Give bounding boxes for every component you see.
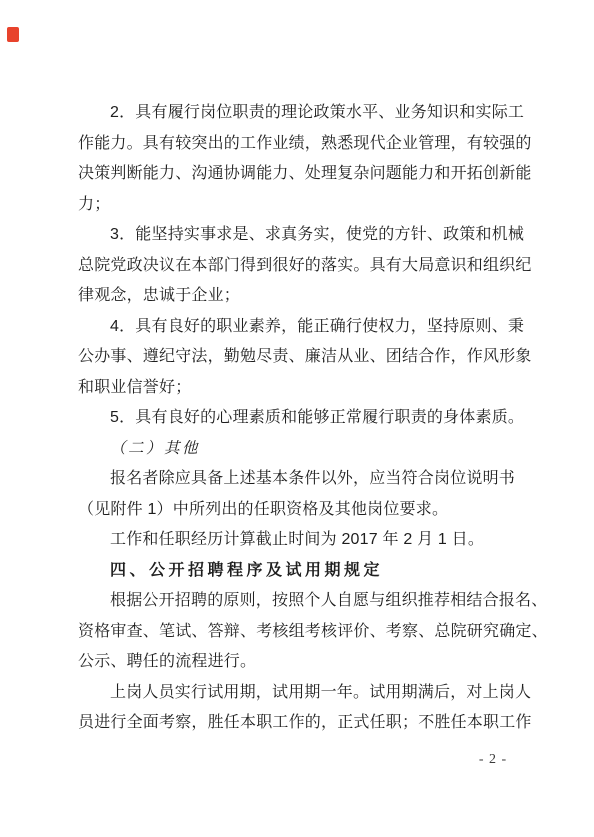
text-line: 律观念，忠诚于企业； [78, 281, 530, 312]
paragraph: 工作和任职经历计算截止时间为 2017 年 2 月 1 日。 [78, 525, 530, 556]
paragraph: 5．具有良好的心理素质和能够正常履行职责的身体素质。 [78, 403, 530, 434]
text-line: （见附件 1）中所列出的任职资格及其他岗位要求。 [78, 495, 530, 526]
text-line: 上岗人员实行试用期，试用期一年。试用期满后，对上岗人 [78, 678, 530, 709]
text-line: 3．能坚持实事求是、求真务实，使党的方针、政策和机械 [78, 220, 530, 251]
text-line: 工作和任职经历计算截止时间为 2017 年 2 月 1 日。 [78, 525, 530, 556]
text-line: 公办事、遵纪守法，勤勉尽责、廉洁从业、团结合作，作风形象 [78, 342, 530, 373]
text-line: 报名者除应具备上述基本条件以外，应当符合岗位说明书 [78, 464, 530, 495]
paragraph: 报名者除应具备上述基本条件以外，应当符合岗位说明书 （见附件 1）中所列出的任职… [78, 464, 530, 525]
paragraph: 根据公开招聘的原则，按照个人自愿与组织推荐相结合报名、 资格审查、笔试、答辩、考… [78, 586, 530, 678]
paragraph: 3．能坚持实事求是、求真务实，使党的方针、政策和机械 总院党政决议在本部门得到很… [78, 220, 530, 312]
text-line: 2．具有履行岗位职责的理论政策水平、业务知识和实际工 [78, 98, 530, 129]
page-number: - 2 - [463, 752, 523, 768]
paragraph: 4．具有良好的职业素养，能正确行使权力，坚持原则、秉 公办事、遵纪守法，勤勉尽责… [78, 312, 530, 404]
paragraph: 2．具有履行岗位职责的理论政策水平、业务知识和实际工 作能力。具有较突出的工作业… [78, 98, 530, 220]
document-text-block: 2．具有履行岗位职责的理论政策水平、业务知识和实际工 作能力。具有较突出的工作业… [78, 98, 530, 739]
text-line: 决策判断能力、沟通协调能力、处理复杂问题能力和开拓创新能 [78, 159, 530, 190]
paragraph: 上岗人员实行试用期，试用期一年。试用期满后，对上岗人 员进行全面考察，胜任本职工… [78, 678, 530, 739]
text-line: 力； [78, 190, 530, 221]
text-line: 总院党政决议在本部门得到很好的落实。具有大局意识和组织纪 [78, 251, 530, 282]
subsection-label: （二）其他 [78, 434, 530, 465]
text-line: 资格审查、笔试、答辩、考核组考核评价、考察、总院研究确定、 [78, 617, 530, 648]
text-line: 员进行全面考察，胜任本职工作的，正式任职；不胜任本职工作 [78, 708, 530, 739]
paragraph: 四、公开招聘程序及试用期规定 [78, 556, 530, 587]
text-line: 公示、聘任的流程进行。 [78, 647, 530, 678]
text-line: 和职业信誉好； [78, 373, 530, 404]
text-line: 根据公开招聘的原则，按照个人自愿与组织推荐相结合报名、 [78, 586, 530, 617]
red-mark [7, 27, 19, 42]
section-heading: 四、公开招聘程序及试用期规定 [78, 556, 530, 587]
text-line: 5．具有良好的心理素质和能够正常履行职责的身体素质。 [78, 403, 530, 434]
text-line: 作能力。具有较突出的工作业绩，熟悉现代企业管理，有较强的 [78, 129, 530, 160]
text-line: 4．具有良好的职业素养，能正确行使权力，坚持原则、秉 [78, 312, 530, 343]
paragraph: （二）其他 [78, 434, 530, 465]
